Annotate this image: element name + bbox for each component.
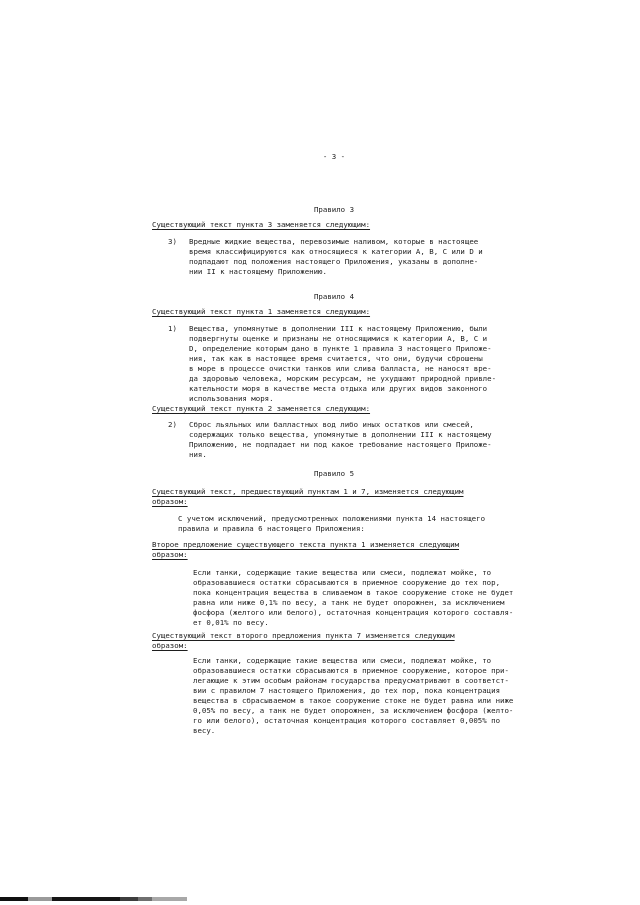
scanned-document-page: - 3 - Правило 3 Существующий текст пункт… [0, 0, 640, 905]
rule-4-amendment-heading-2: Существующий текст пункта 2 заменяется с… [152, 404, 516, 414]
item-text: Сброс льяльных или балластных вод либо и… [189, 420, 516, 460]
rule-3-amendment-heading: Существующий текст пункта 3 заменяется с… [152, 220, 516, 230]
rule-5-amendment-heading-3: Существующий текст второго предложения п… [152, 631, 516, 651]
rule-5-paragraph-2: Если танки, содержащие такие вещества ил… [193, 656, 525, 736]
item-text: Вещества, упомянутые в дополнении III к … [189, 324, 516, 404]
rule-4-item-1: 1) Вещества, упомянутые в дополнении III… [152, 324, 516, 404]
item-number: 3) [168, 237, 189, 247]
text-column: - 3 - Правило 3 Существующий текст пункт… [152, 152, 516, 736]
rule-5-paragraph-1: Если танки, содержащие такие вещества ил… [193, 568, 525, 628]
rule-3-title: Правило 3 [152, 205, 516, 215]
rule-5-amendment-heading-1: Существующий текст, предшествующий пункт… [152, 487, 516, 507]
item-number: 1) [168, 324, 189, 334]
page-number: - 3 - [152, 152, 516, 162]
item-number: 2) [168, 420, 189, 430]
rule-4-amendment-heading-1: Существующий текст пункта 1 заменяется с… [152, 307, 516, 317]
rule-5-intro-paragraph: С учетом исключений, предусмотренных пол… [178, 514, 514, 534]
rule-4-title: Правило 4 [152, 292, 516, 302]
rule-5-title: Правило 5 [152, 469, 516, 479]
rule-3-item: 3) Вредные жидкие вещества, перевозимые … [152, 237, 516, 277]
scan-artifact-bar [0, 897, 187, 901]
rule-5-amendment-heading-2: Второе предложение существующего текста … [152, 540, 516, 560]
item-text: Вредные жидкие вещества, перевозимые нал… [189, 237, 516, 277]
rule-4-item-2: 2) Сброс льяльных или балластных вод либ… [152, 420, 516, 460]
